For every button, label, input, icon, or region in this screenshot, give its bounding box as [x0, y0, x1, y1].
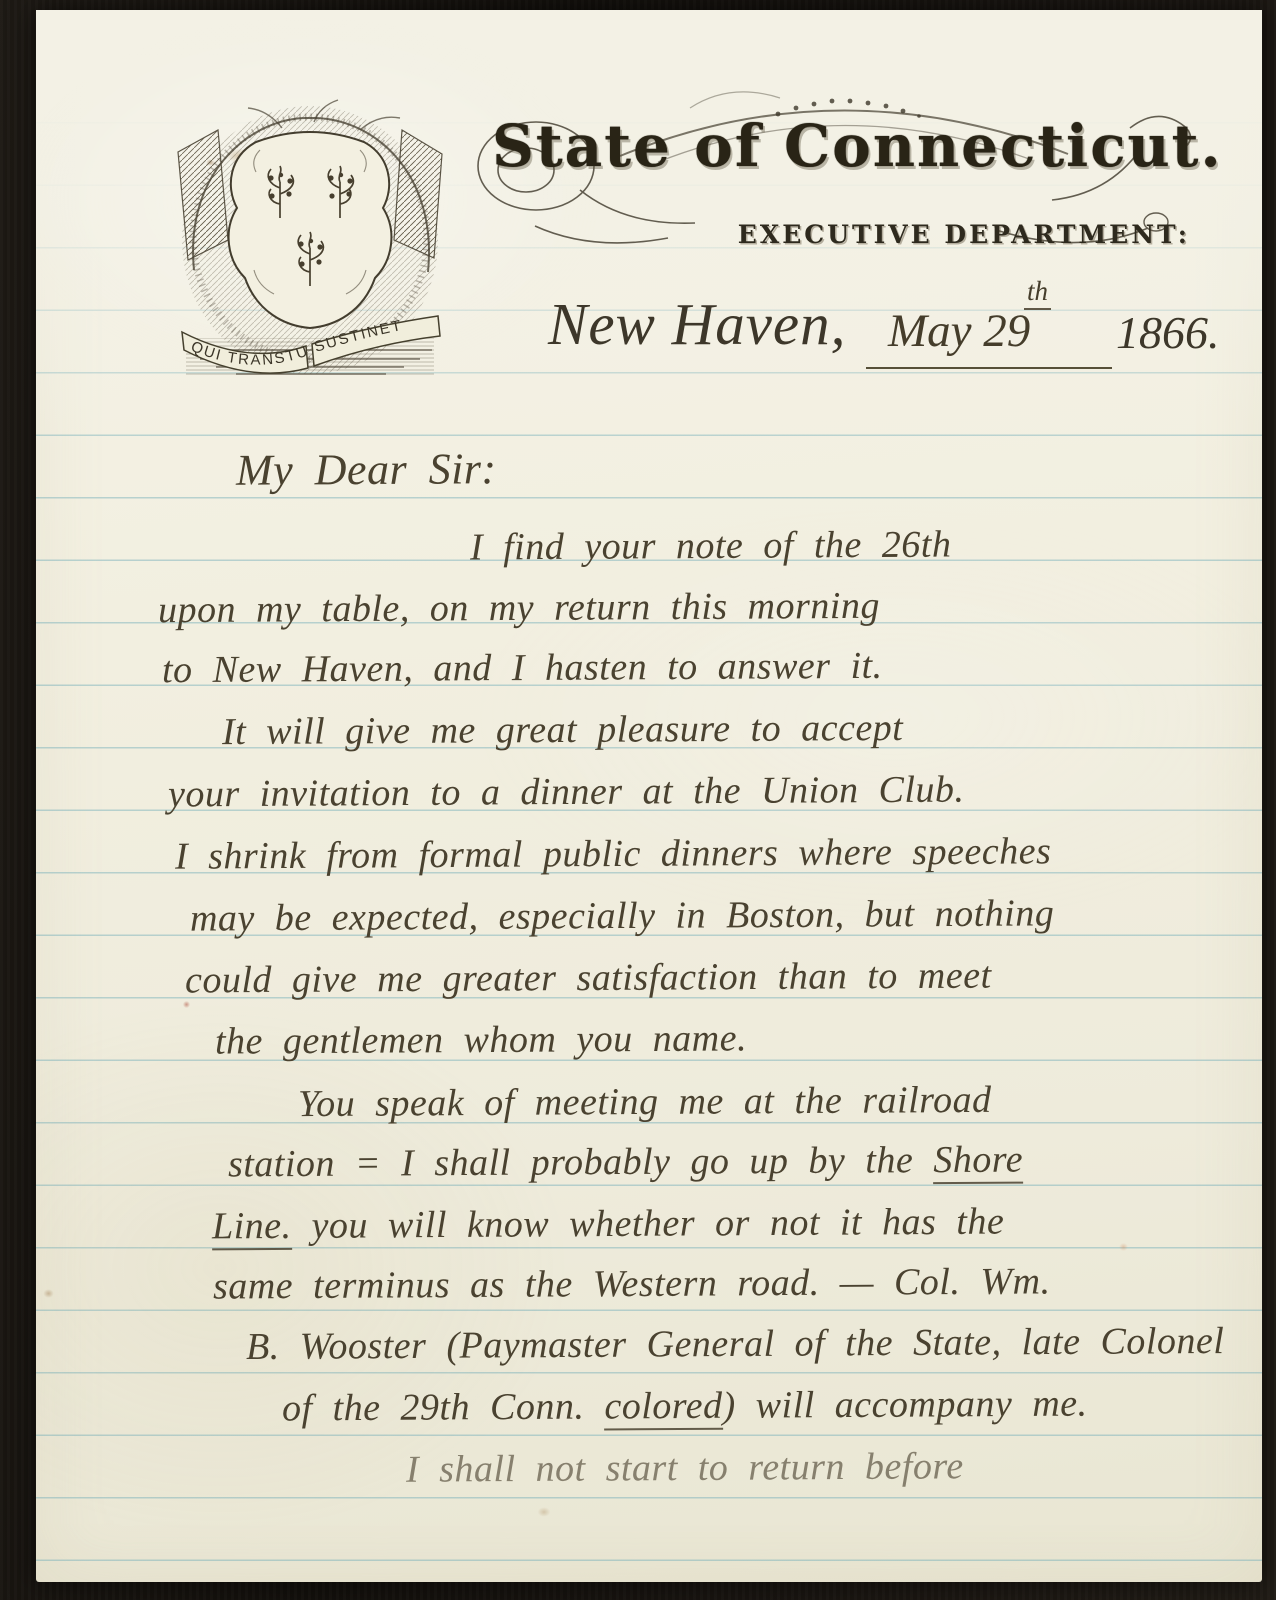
- handwritten-text: upon my table, on my return this morning: [158, 585, 880, 631]
- handwritten-text: to New Haven, and I hasten to answer it.: [162, 645, 883, 691]
- letter-line: upon my table, on my return this morning: [158, 584, 880, 632]
- underlined-word: Shore: [933, 1139, 1023, 1185]
- letter-line: to New Haven, and I hasten to answer it.: [162, 644, 883, 692]
- letter-line: Line. you will know whether or not it ha…: [212, 1200, 1005, 1249]
- letter-line: of the 29th Conn. colored) will accompan…: [282, 1382, 1088, 1431]
- handwritten-text: ) will accompany me.: [722, 1383, 1087, 1427]
- handwritten-text: I shrink from formal public dinners wher…: [175, 830, 1052, 877]
- handwritten-text: You speak of meeting me at the railroad: [298, 1079, 992, 1125]
- handwritten-text: same terminus as the Western road. — Col…: [213, 1260, 1051, 1307]
- handwritten-text: My Dear Sir:: [236, 444, 497, 495]
- letter-line: your invitation to a dinner at the Union…: [168, 768, 965, 817]
- handwritten-text: your invitation to a dinner at the Union…: [168, 769, 965, 816]
- letter-line: B. Wooster (Paymaster General of the Sta…: [246, 1319, 1225, 1369]
- underlined-word: colored: [604, 1385, 722, 1431]
- letter-line: may be expected, especially in Boston, b…: [190, 891, 1055, 940]
- handwritten-text: could give me greater satisfaction than …: [185, 955, 992, 1002]
- letter-line: It will give me great pleasure to accept: [222, 706, 904, 754]
- handwritten-text: you will know whether or not it has the: [291, 1201, 1004, 1247]
- letter-line: same terminus as the Western road. — Col…: [213, 1259, 1051, 1308]
- handwritten-text: the gentlemen whom you name.: [215, 1017, 747, 1062]
- handwritten-text: of the 29th Conn.: [282, 1385, 605, 1429]
- handwritten-text: I shall not start to return before: [406, 1445, 964, 1490]
- letter-body: My Dear Sir:I find your note of the 26th…: [0, 0, 1276, 1600]
- letter-line: could give me greater satisfaction than …: [185, 954, 992, 1003]
- letter-line: station = I shall probably go up by the …: [228, 1138, 1023, 1187]
- letter-line: You speak of meeting me at the railroad: [298, 1078, 992, 1126]
- letter-line: I shrink from formal public dinners wher…: [175, 829, 1052, 878]
- letter-line: the gentlemen whom you name.: [215, 1016, 747, 1063]
- letter-line: I shall not start to return before: [406, 1444, 964, 1491]
- salutation-line: My Dear Sir:: [236, 443, 497, 496]
- handwritten-text: station = I shall probably go up by the: [228, 1139, 934, 1185]
- handwritten-text: It will give me great pleasure to accept: [222, 707, 904, 753]
- handwritten-text: I find your note of the 26th: [470, 524, 952, 569]
- handwritten-text: may be expected, especially in Boston, b…: [190, 892, 1055, 939]
- handwritten-text: B. Wooster (Paymaster General of the Sta…: [246, 1320, 1225, 1368]
- letter-line: I find your note of the 26th: [470, 523, 952, 570]
- underlined-word: Line.: [212, 1205, 292, 1250]
